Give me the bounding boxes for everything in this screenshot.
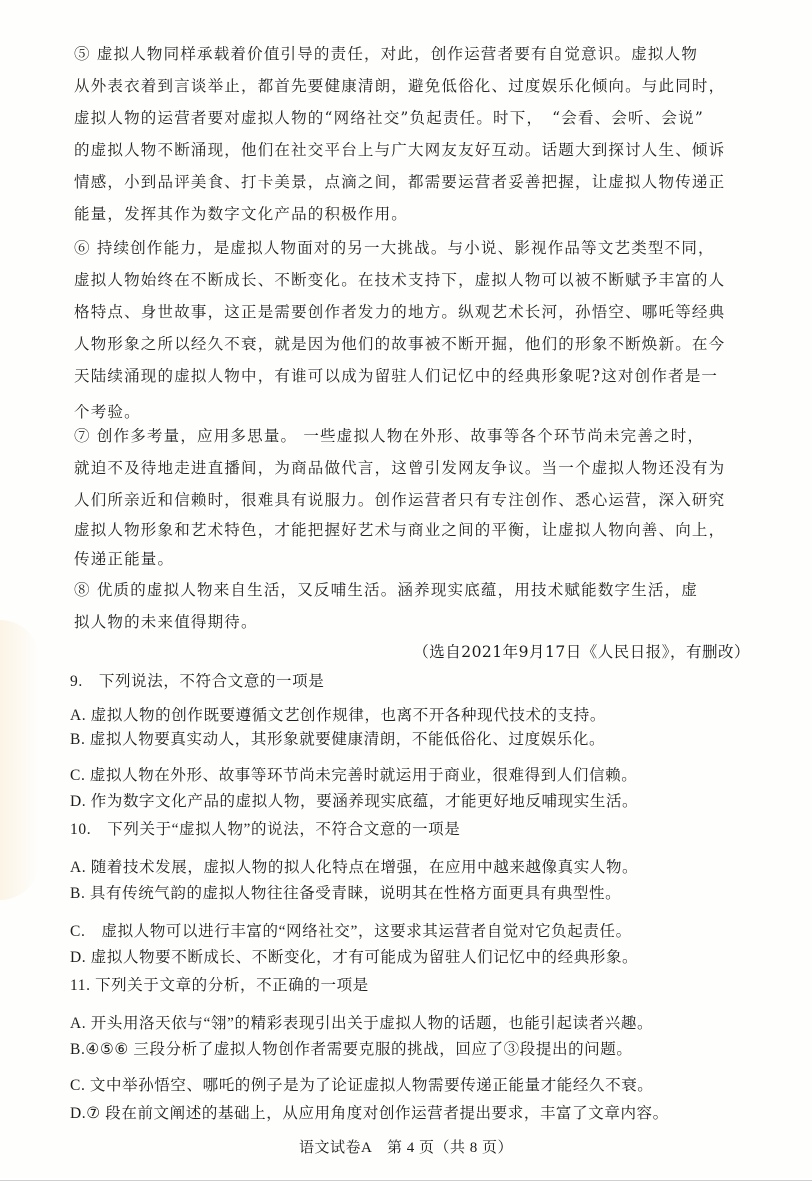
paragraph-5-line-4: 的虚拟人物不断涌现，他们在社交平台上与广大网友友好互动。话题大到探讨人生、倾诉 bbox=[74, 140, 725, 160]
paragraph-7-line-3: 人们所亲近和信赖时，很难具有说服力。创作运营者只有专注创作、悉心运营，深入研究 bbox=[74, 490, 725, 510]
paragraph-6-line-1: ⑥ 持续创作能力，是虚拟人物面对的另一大挑战。与小说、影视作品等文艺类型不同， bbox=[74, 238, 715, 258]
paragraph-7-line-5: 传递正能量。 bbox=[74, 549, 174, 569]
question-9-option-a[interactable]: A. 虚拟人物的创作既要遵循文艺创作规律，也离不开各种现代技术的支持。 bbox=[70, 706, 606, 726]
paragraph-7-line-1: ⑦ 创作多考量，应用多思量。 一些虚拟人物在外形、故事等各个环节尚未完善之时， bbox=[74, 426, 704, 446]
paragraph-6-line-2: 虚拟人物始终在不断成长、不断变化。在技术支持下，虚拟人物可以被不断赋予丰富的人 bbox=[74, 270, 725, 290]
question-9-stem: 9. 下列说法，不符合文意的一项是 bbox=[70, 672, 324, 692]
question-11-option-a[interactable]: A. 开头用洛天依与“翎”的精彩表现引出关于虚拟人物的话题，也能引起读者兴趣。 bbox=[70, 1014, 653, 1034]
question-10-option-c[interactable]: C. 虚拟人物可以进行丰富的“网络社交”，这要求其运营者自觉对它负起责任。 bbox=[70, 922, 632, 942]
page-footer: 语文试卷A 第 4 页（共 8 页） bbox=[0, 1136, 812, 1157]
question-11-option-c[interactable]: C. 文中举孙悟空、哪吒的例子是为了论证虚拟人物需要传递正能量才能经久不衰。 bbox=[70, 1076, 653, 1096]
paragraph-6-line-4: 人物形象之所以经久不衰，就是因为他们的故事被不断开掘，他们的形象不断焕新。在今 bbox=[74, 334, 725, 354]
question-11-option-d[interactable]: D.⑦ 段在前文阐述的基础上，从应用角度对创作运营者提出要求，丰富了文章内容。 bbox=[70, 1104, 669, 1124]
paragraph-5-line-5: 情感，小到品评美食、打卡美景，点滴之间，都需要运营者妥善把握，让虚拟人物传递正 bbox=[74, 172, 725, 192]
question-10-stem: 10. 下列关于“虚拟人物”的说法，不符合文意的一项是 bbox=[70, 820, 460, 840]
source-citation: （选自2021年9月17日《人民日报》，有删改） bbox=[413, 642, 750, 662]
question-11-stem: 11. 下列关于文章的分析，不正确的一项是 bbox=[70, 976, 369, 996]
exam-page: ⑤ 虚拟人物同样承载着价值引导的责任，对此，创作运营者要有自觉意识。虚拟人物 从… bbox=[0, 0, 812, 1178]
question-9-option-d[interactable]: D. 作为数字文化产品的虚拟人物，要涵养现实底蕴，才能更好地反哺现实生活。 bbox=[70, 792, 638, 812]
question-11-option-b[interactable]: B.④⑤⑥ 三段分析了虚拟人物创作者需要克服的挑战，回应了③段提出的问题。 bbox=[70, 1040, 632, 1060]
paragraph-5-line-2: 从外表衣着到言谈举止，都首先要健康清朗，避免低俗化、过度娱乐化倾向。与此同时， bbox=[74, 76, 725, 96]
question-10-option-d[interactable]: D. 虚拟人物要不断成长、不断变化，才有可能成为留驻人们记忆中的经典形象。 bbox=[70, 948, 638, 968]
paragraph-7-line-2: 就迫不及待地走进直播间，为商品做代言，这曾引发网友争议。当一个虚拟人物还没有为 bbox=[74, 458, 725, 478]
paragraph-7-line-4: 虚拟人物形象和艺术特色，才能把握好艺术与商业之间的平衡，让虚拟人物向善、向上， bbox=[74, 520, 725, 540]
paragraph-6-line-5: 天陆续涌现的虚拟人物中，有谁可以成为留驻人们记忆中的经典形象呢?这对创作者是一 bbox=[74, 366, 718, 386]
paragraph-8-line-1: ⑧ 优质的虚拟人物来自生活，又反哺生活。涵养现实底蕴，用技术赋能数字生活，虚 bbox=[74, 580, 698, 600]
paragraph-6-line-6: 个考验。 bbox=[74, 402, 141, 422]
question-10-option-a[interactable]: A. 随着技术发展，虚拟人物的拟人化特点在增强，在应用中越来越像真实人物。 bbox=[70, 858, 638, 878]
paragraph-8-line-2: 拟人物的未来值得期待。 bbox=[74, 612, 258, 632]
question-9-option-c[interactable]: C. 虚拟人物在外形、故事等环节尚未完善时就运用于商业，很难得到人们信赖。 bbox=[70, 766, 637, 786]
paragraph-5-line-1: ⑤ 虚拟人物同样承载着价值引导的责任，对此，创作运营者要有自觉意识。虚拟人物 bbox=[74, 44, 698, 64]
question-10-option-b[interactable]: B. 具有传统气韵的虚拟人物往往备受青睐，说明其在性格方面更具有典型性。 bbox=[70, 884, 621, 904]
paragraph-5-line-6: 能量，发挥其作为数字文化产品的积极作用。 bbox=[74, 204, 408, 224]
paper-stain bbox=[0, 620, 40, 900]
bottom-divider bbox=[0, 1180, 812, 1181]
paragraph-5-line-3: 虚拟人物的运营者要对虚拟人物的“网络社交”负起责任。时下， “会看、会听、会说” bbox=[74, 108, 704, 128]
paragraph-6-line-3: 格特点、身世故事，这正是需要创作者发力的地方。纵观艺术长河，孙悟空、哪吒等经典 bbox=[74, 302, 725, 322]
question-9-option-b[interactable]: B. 虚拟人物要真实动人，其形象就要健康清朗，不能低俗化、过度娱乐化。 bbox=[70, 730, 605, 750]
